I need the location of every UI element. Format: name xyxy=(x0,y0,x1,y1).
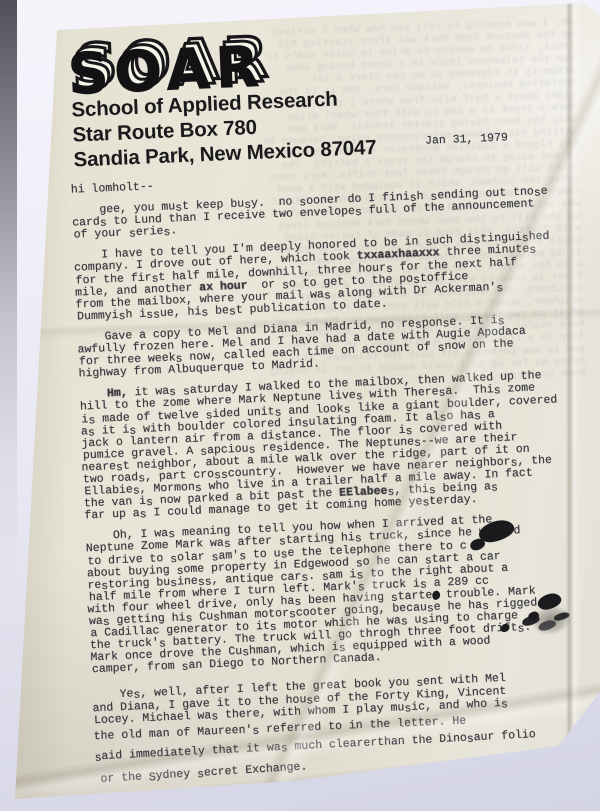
letter-content: SOAR SOAR SOAR School of Applied Researc… xyxy=(60,4,600,781)
soar-logo-graphic: SOAR SOAR SOAR xyxy=(64,21,283,96)
ink-blot xyxy=(469,537,486,551)
paragraph: Oh, I was meaning to tell you how when I… xyxy=(85,510,600,677)
paragraph: Hm, it was saturday I walked to the mail… xyxy=(79,368,600,523)
paragraph: Yes, well, after I left the great book y… xyxy=(92,669,600,781)
logo-face: SOAR xyxy=(67,34,266,95)
letter-body: hi lomholt-- gee, you must keep busy. no… xyxy=(71,163,600,781)
photo-background: Oh, I was meaning to tell you how when I… xyxy=(0,0,600,811)
letter-paper: Oh, I was meaning to tell you how when I… xyxy=(10,0,600,811)
paragraph: I have to tell you I'm deeply honored to… xyxy=(73,229,599,323)
